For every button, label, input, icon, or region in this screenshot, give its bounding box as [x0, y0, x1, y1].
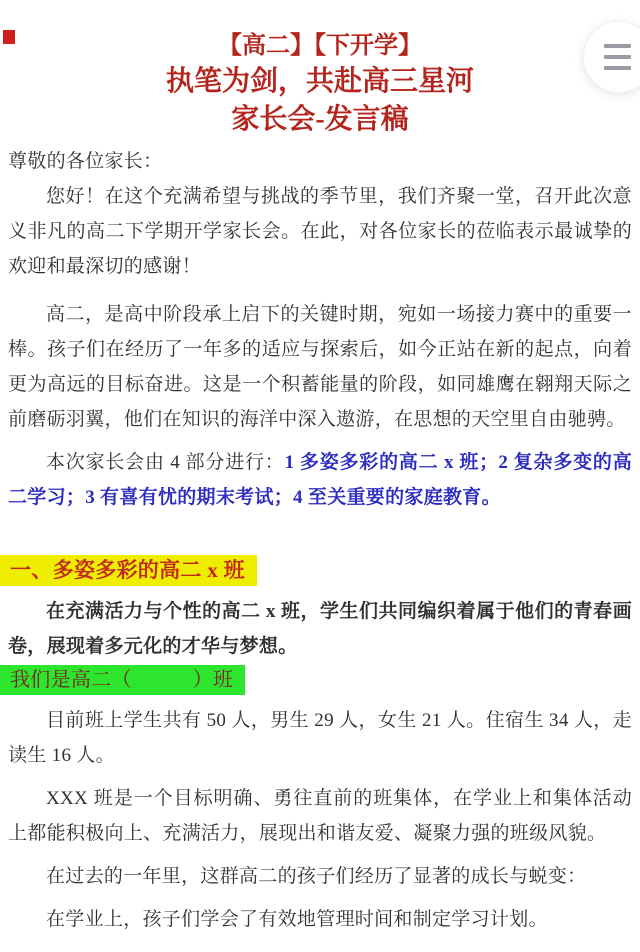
- paragraph-academics: 在学业上，孩子们学会了有效地管理时间和制定学习计划。: [8, 902, 632, 937]
- title-line-3: 家长会-发言稿: [0, 101, 640, 138]
- paragraph-gaoer-stage: 高二，是高中阶段承上启下的关键时期，宛如一场接力赛中的重要一棒。孩子们在经历了一…: [8, 297, 632, 437]
- section1-intro: 在充满活力与个性的高二 x 班，学生们共同编织着属于他们的青春画卷，展现着多元化…: [8, 594, 632, 664]
- section1-heading-row: 一、多姿多彩的高二 x 班: [8, 515, 632, 586]
- red-corner-mark: [3, 30, 15, 44]
- document-body: 尊敬的各位家长： 您好！在这个充满希望与挑战的季节里，我们齐聚一堂，召开此次意义…: [0, 138, 640, 937]
- agenda-lead: 本次家长会由 4 部分进行：: [46, 452, 285, 473]
- title-line-1: 【高二】【下开学】: [0, 30, 640, 62]
- salutation: 尊敬的各位家长：: [8, 144, 632, 179]
- class-name-label: 我们是高二（ ）班: [0, 665, 245, 695]
- paragraph-class-stats: 目前班上学生共有 50 人，男生 29 人，女生 21 人。住宿生 34 人，走…: [8, 703, 632, 773]
- title-line-2: 执笔为剑，共赴高三星河: [0, 62, 640, 101]
- class-label-row: 我们是高二（ ）班: [8, 665, 632, 695]
- hamburger-menu-icon: [604, 44, 631, 77]
- section1-heading: 一、多姿多彩的高二 x 班: [0, 555, 257, 586]
- document-title: 【高二】【下开学】 执笔为剑，共赴高三星河 家长会-发言稿: [0, 0, 640, 138]
- hamburger-bar: [604, 55, 631, 59]
- hamburger-bar: [604, 44, 631, 48]
- paragraph-growth: 在过去的一年里，这群高二的孩子们经历了显著的成长与蜕变：: [8, 859, 632, 894]
- paragraph-greeting: 您好！在这个充满希望与挑战的季节里，我们齐聚一堂，召开此次意义非凡的高二下学期开…: [8, 179, 632, 284]
- hamburger-bar: [604, 66, 631, 70]
- paragraph-agenda: 本次家长会由 4 部分进行：1 多姿多彩的高二 x 班；2 复杂多变的高二学习；…: [8, 445, 632, 515]
- document-page: 【高二】【下开学】 执笔为剑，共赴高三星河 家长会-发言稿 尊敬的各位家长： 您…: [0, 0, 640, 952]
- paragraph-class-spirit: XXX 班是一个目标明确、勇往直前的班集体，在学业上和集体活动上都能积极向上、充…: [8, 781, 632, 851]
